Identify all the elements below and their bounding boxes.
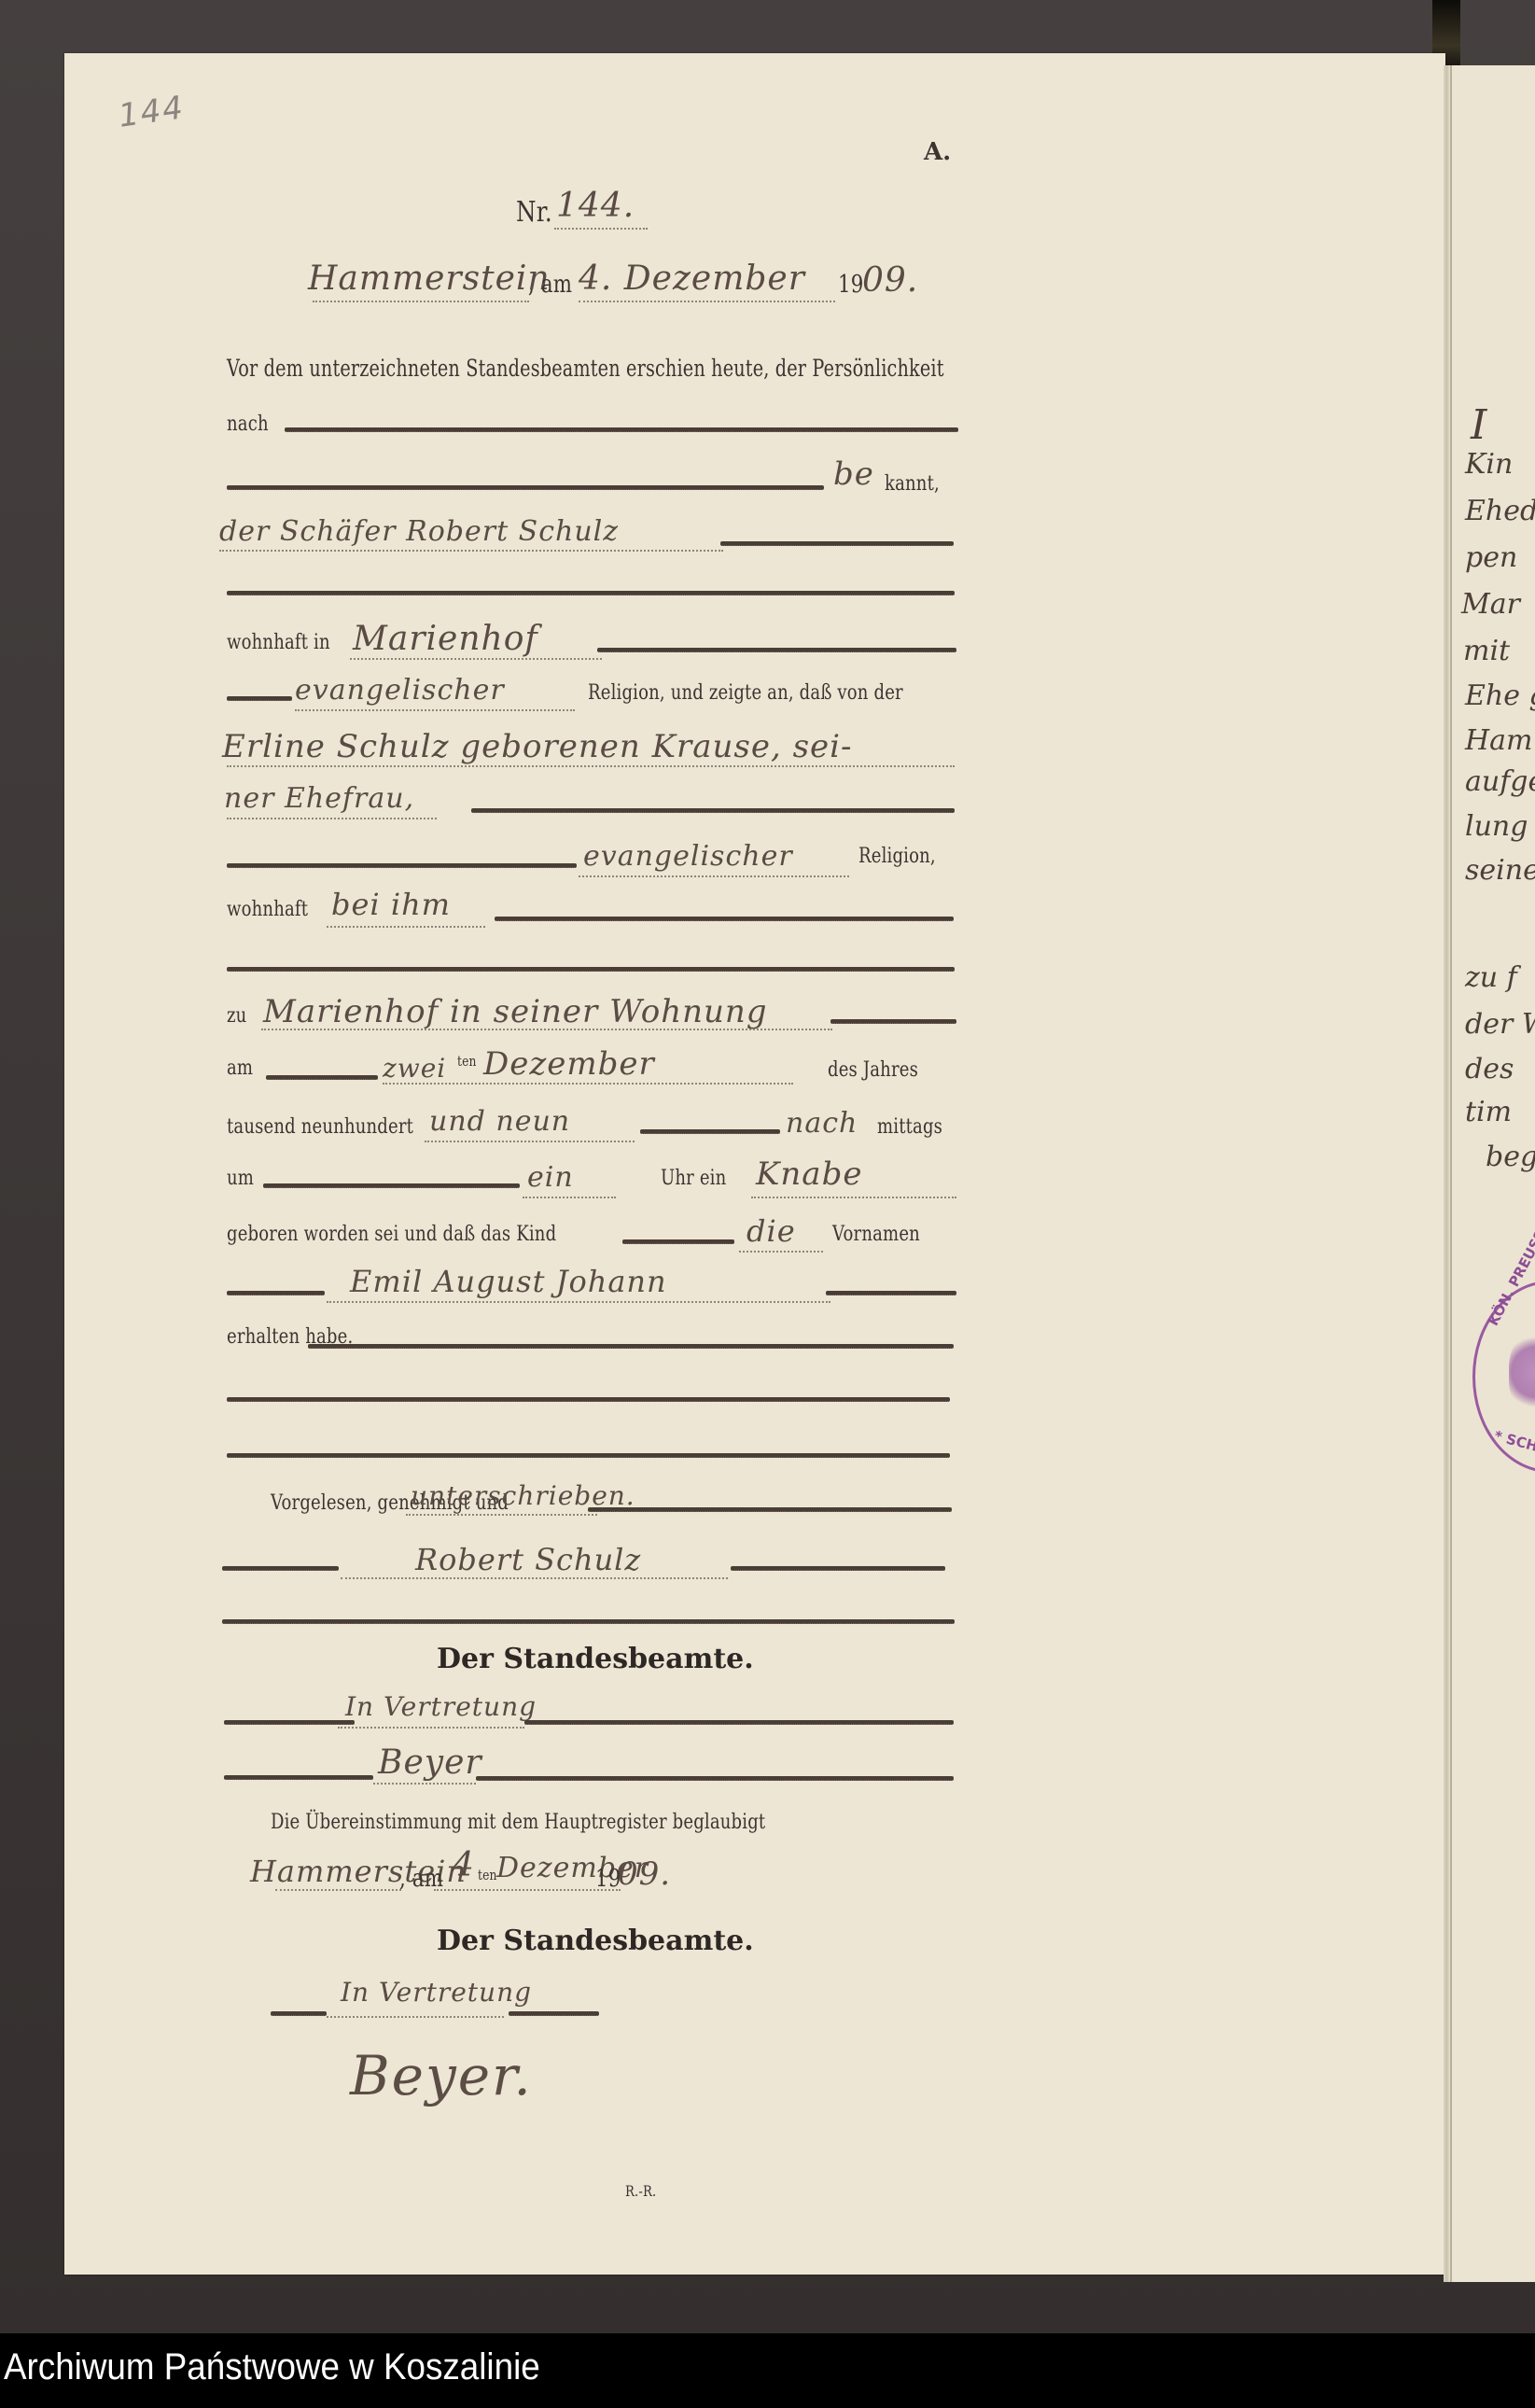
mother-underline-2 — [227, 818, 437, 819]
religion-label: Religion, — [858, 845, 936, 868]
blank-line — [227, 863, 577, 868]
official-signature-underline — [373, 1783, 476, 1785]
wohnhaft-in-label: wohnhaft in — [227, 631, 330, 654]
record-number-underline — [554, 228, 648, 230]
adjacent-handwriting: Ehed — [1465, 495, 1535, 527]
blank-line — [266, 1075, 378, 1080]
blank-line — [640, 1129, 780, 1134]
official-signature: Beyer — [378, 1743, 482, 1782]
cert-day: 4 — [453, 1846, 475, 1884]
birth-date-underline — [383, 1083, 793, 1085]
blank-line — [622, 1239, 734, 1244]
adjacent-handwriting: Kin — [1465, 448, 1513, 481]
official-title-2: Der Standesbeamte. — [437, 1925, 754, 1957]
header-year-suffix: 09. — [862, 261, 918, 300]
vornamen-article: die — [747, 1213, 796, 1249]
header-year-prefix: 19 — [838, 271, 863, 299]
blank-line — [263, 1183, 520, 1188]
adjacent-handwriting: tim — [1465, 1096, 1512, 1128]
blank-line — [597, 648, 956, 652]
header-place: Hammerstein — [308, 259, 551, 298]
blank-line — [227, 1453, 950, 1458]
mother-underline — [227, 765, 955, 767]
birth-day-suffix: ten — [457, 1053, 477, 1070]
wohnhaft-in-value: Marienhof — [353, 620, 538, 658]
header-date-underline — [579, 301, 835, 302]
blank-line — [471, 808, 955, 813]
record-label: Nr. — [516, 196, 552, 229]
nach-label: nach — [227, 413, 269, 436]
archive-footer: Archiwum Państwowe w Koszalinie — [0, 2333, 1535, 2408]
blank-line — [227, 1397, 950, 1402]
birth-hour: ein — [527, 1161, 574, 1194]
blank-line — [524, 1720, 954, 1725]
adjacent-handwriting: der W — [1465, 1008, 1535, 1041]
cert-year-suffix: 09. — [618, 1855, 671, 1893]
adjacent-handwriting: zu f — [1465, 961, 1517, 994]
wohnhaft-label: wohnhaft — [227, 898, 308, 921]
eagle-emblem-icon — [1509, 1330, 1535, 1414]
record-number: 144. — [556, 187, 635, 225]
um-label: um — [227, 1167, 254, 1190]
in-vertretung-2: In Vertretung — [341, 1977, 532, 2008]
birth-year: und neun — [429, 1105, 570, 1138]
vornamen-label: Vornamen — [832, 1223, 920, 1246]
in-vertretung-2-underline — [327, 2016, 504, 2018]
blank-line — [227, 967, 955, 972]
adjacent-handwriting: pen — [1465, 541, 1517, 574]
am-label: am — [227, 1057, 253, 1080]
header-place-underline — [313, 301, 529, 302]
declarant-signature: Robert Schulz — [415, 1542, 641, 1577]
child-names: Emil August Johann — [350, 1264, 667, 1299]
adjacent-handwriting: Ham — [1465, 724, 1533, 757]
blank-line — [476, 1776, 954, 1781]
religion-father-underline — [295, 709, 575, 711]
uhr-ein-label: Uhr ein — [661, 1167, 726, 1190]
adjacent-handwriting: lung — [1465, 810, 1528, 843]
birth-hour-underline — [523, 1197, 616, 1198]
child-sex-underline — [751, 1197, 956, 1198]
blank-line — [227, 1291, 325, 1295]
intro-text: Vor dem unterzeichneten Standesbeamten e… — [227, 355, 944, 382]
official-title: Der Standesbeamte. — [437, 1643, 754, 1675]
blank-line — [731, 1566, 945, 1571]
blank-line — [227, 591, 955, 595]
birth-day: zwei — [383, 1053, 446, 1084]
official-signature-2: Beyer. — [350, 2044, 533, 2107]
birthplace-underline — [261, 1029, 832, 1030]
blank-line — [285, 427, 958, 432]
wohnhaft-in-underline — [350, 658, 602, 660]
bekannt-hand: be — [833, 455, 874, 493]
blank-line — [308, 1344, 954, 1349]
blank-line — [222, 1566, 339, 1571]
religion-mother-underline — [579, 875, 849, 877]
vorgelesen-underline — [406, 1514, 597, 1516]
geboren-text: geboren worden sei und daß das Kind — [227, 1223, 556, 1246]
blank-line — [826, 1291, 956, 1295]
blank-line — [222, 1619, 955, 1624]
in-vertretung-underline — [338, 1727, 524, 1729]
mittags-label: mittags — [877, 1115, 942, 1139]
child-sex: Knabe — [756, 1155, 862, 1193]
cert-place-underline — [275, 1889, 401, 1891]
religion-mother: evangelischer — [583, 840, 793, 873]
bekannt-print: kannt, — [885, 472, 940, 496]
birth-month: Dezember — [483, 1045, 655, 1083]
des-jahres-label: des Jahres — [828, 1058, 918, 1082]
birth-year-underline — [425, 1141, 635, 1142]
mother-name-line2: ner Ehefrau, — [224, 782, 414, 815]
blank-line — [227, 485, 824, 490]
adjacent-handwriting: Mar — [1461, 588, 1520, 621]
religion-father: evangelischer — [295, 674, 505, 707]
header-am: , am — [528, 271, 572, 299]
vornamen-underline — [739, 1251, 823, 1253]
archive-name: Archiwum Państwowe w Koszalinie — [4, 2346, 540, 2388]
blank-line — [509, 2011, 599, 2016]
cert-date-underline — [434, 1889, 621, 1891]
adjacent-handwriting: des — [1465, 1053, 1514, 1085]
blank-line — [588, 1507, 952, 1512]
adjacent-handwriting: Ehe g — [1465, 679, 1535, 712]
declarant-signature-underline — [341, 1577, 728, 1579]
header-date: 4. Dezember — [579, 259, 805, 298]
religion-sentence: Religion, und zeigte an, daß von der — [588, 681, 903, 705]
blank-line — [227, 696, 292, 701]
form-letter: A. — [924, 138, 951, 166]
vor-nach-mittags: nach — [786, 1107, 858, 1140]
adjacent-handwriting: mit — [1463, 635, 1510, 667]
blank-line — [830, 1019, 956, 1024]
adjacent-handwriting: aufge — [1465, 765, 1535, 798]
mother-name-line1: Erline Schulz geborenen Krause, sei- — [222, 728, 853, 765]
register-page — [64, 53, 1445, 2275]
zu-label: zu — [227, 1004, 246, 1028]
blank-line — [224, 1720, 355, 1725]
in-vertretung: In Vertretung — [345, 1691, 537, 1722]
blank-line — [495, 917, 954, 921]
birthplace: Marienhof in seiner Wohnung — [263, 993, 768, 1030]
cert-day-suffix: ten — [478, 1867, 497, 1883]
wohnhaft-value: bei ihm — [331, 887, 451, 922]
blank-line — [224, 1775, 373, 1780]
tausend-label: tausend neunhundert — [227, 1115, 413, 1139]
printer-mark: R.-R. — [625, 2182, 656, 2200]
page-gutter — [1444, 65, 1450, 2282]
adjacent-handwriting: seine — [1465, 854, 1535, 887]
adjacent-handwriting: beg — [1486, 1141, 1535, 1173]
adjacent-page: I Kin Ehed pen Mar mit Ehe g Ham aufge l… — [1450, 65, 1535, 2282]
declarant-underline — [219, 550, 723, 552]
declarant-name: der Schäfer Robert Schulz — [219, 515, 619, 548]
blank-line — [271, 2011, 327, 2016]
wohnhaft-underline — [327, 926, 485, 928]
adjacent-handwriting: I — [1471, 401, 1486, 449]
certification-text: Die Übereinstimmung mit dem Hauptregiste… — [271, 1811, 765, 1834]
child-names-underline — [327, 1301, 830, 1303]
blank-line — [720, 541, 954, 546]
